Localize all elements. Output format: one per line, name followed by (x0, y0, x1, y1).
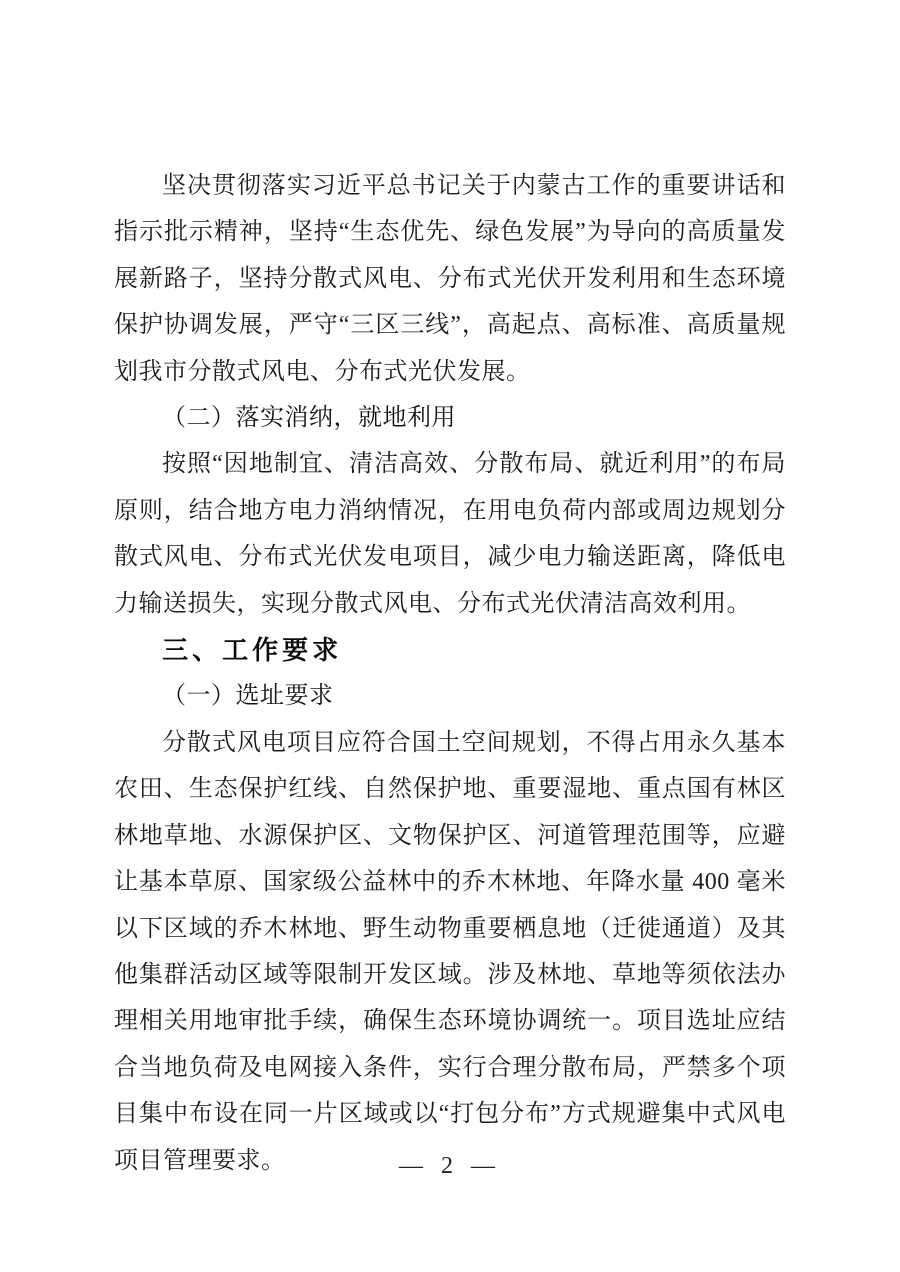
paragraph-siting-requirements: 分散式风电项目应符合国土空间规划，不得占用永久基本农田、生态保护红线、自然保护地… (114, 720, 786, 1184)
document-page: 坚决贯彻落实习近平总书记关于内蒙古工作的重要讲话和指示批示精神，坚持“生态优先、… (0, 0, 900, 1272)
paragraph-consumption-layout: 按照“因地制宜、清洁高效、分散布局、就近利用”的布局原则，结合地方电力消纳情况，… (114, 441, 786, 627)
heading-section-1-siting-requirements: （一）选址要求 (114, 673, 786, 719)
paragraph-guiding-principles: 坚决贯彻落实习近平总书记关于内蒙古工作的重要讲话和指示批示精神，坚持“生态优先、… (114, 163, 786, 395)
document-body: 坚决贯彻落实习近平总书记关于内蒙古工作的重要讲话和指示批示精神，坚持“生态优先、… (114, 163, 786, 1184)
heading-section-2-consumption: （二）落实消纳，就地利用 (114, 395, 786, 441)
heading-part-3-work-requirements: 三、工作要求 (114, 627, 786, 673)
page-number: — 2 — (0, 1148, 900, 1184)
